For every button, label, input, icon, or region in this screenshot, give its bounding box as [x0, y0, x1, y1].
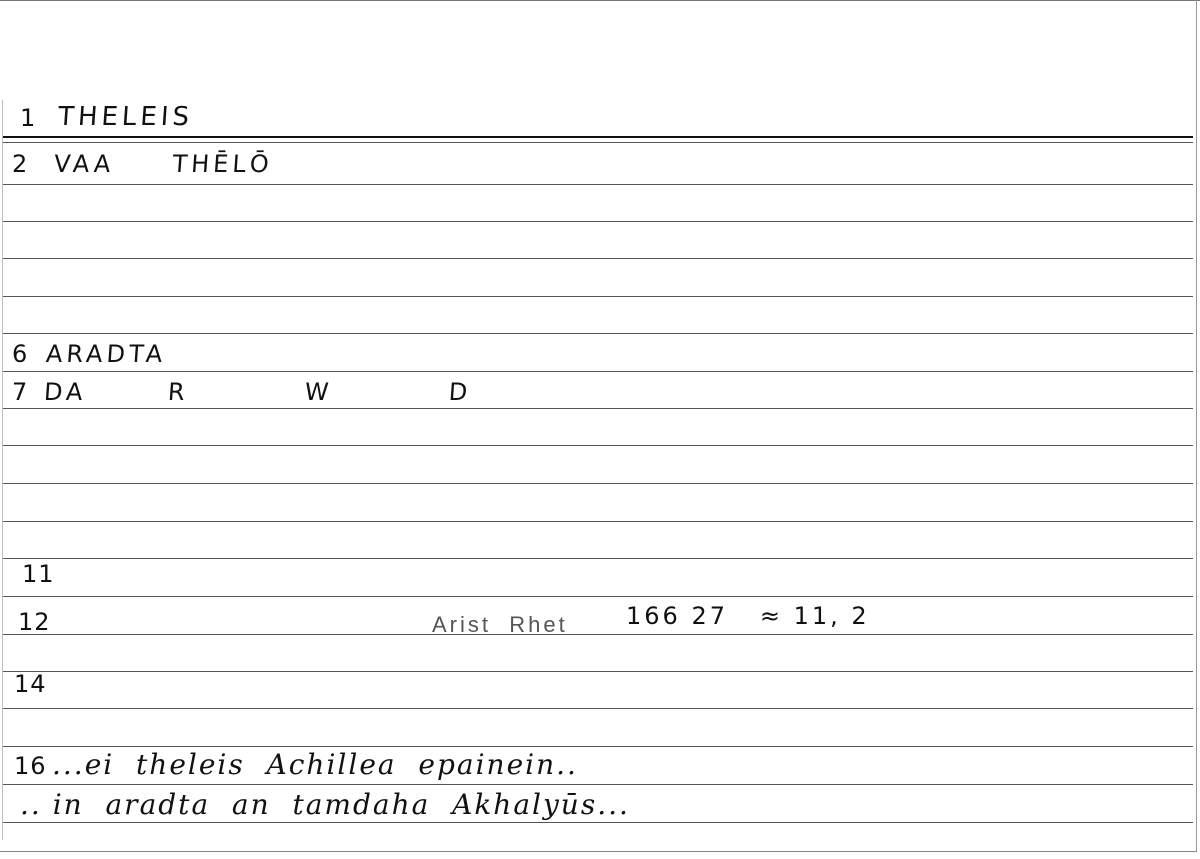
- ruled-line: [3, 558, 1193, 559]
- line-number-7: 7: [12, 378, 28, 406]
- card-right-edge: [1196, 0, 1197, 852]
- ruled-line: [3, 142, 1193, 143]
- ruled-line: [3, 371, 1193, 372]
- line-number-14: 14: [14, 670, 47, 698]
- line-number-2: 2: [12, 150, 28, 178]
- entry-headword: THELEIS: [57, 102, 194, 132]
- reference-typed-source: Arist Rhet: [432, 612, 568, 638]
- ruled-line: [3, 822, 1193, 823]
- quotation-line-2: .. in aradta an tamdaha Akhalyūs...: [20, 788, 630, 821]
- ruled-line-header: [3, 136, 1193, 138]
- card-left-edge: [2, 100, 3, 840]
- line-number-6: 6: [12, 340, 28, 368]
- quotation-line-1: ...ei theleis Achillea epainein..: [52, 748, 578, 781]
- card-top-edge: [0, 0, 1200, 1]
- ruled-line: [3, 333, 1193, 334]
- ruled-line: [3, 784, 1193, 785]
- ruled-line: [3, 445, 1193, 446]
- reference-handwritten-locus: 166 27 ≈ 11, 2: [626, 602, 870, 630]
- line-number-11: 11: [22, 560, 55, 588]
- entry-dardwd: DA R W D: [43, 378, 472, 406]
- ruled-line: [3, 184, 1193, 185]
- line-number-1: 1: [20, 104, 36, 132]
- ruled-line: [3, 708, 1193, 709]
- ruled-line: [3, 596, 1193, 597]
- line-number-12: 12: [18, 608, 51, 636]
- card-bottom-edge: [0, 851, 1197, 852]
- ruled-line: [3, 296, 1193, 297]
- entry-aradta: ARADTA: [45, 340, 167, 368]
- ruled-line: [3, 258, 1193, 259]
- ruled-line: [3, 521, 1193, 522]
- ruled-line: [3, 671, 1193, 672]
- ruled-line: [3, 634, 1193, 635]
- entry-forms: VAA THĒLŌ: [53, 150, 274, 178]
- ruled-line: [3, 746, 1193, 747]
- index-card: 1 THELEIS 2 VAA THĒLŌ 6 ARADTA 7 DA R W …: [0, 0, 1200, 859]
- ruled-line: [3, 483, 1193, 484]
- line-number-16: 16: [14, 752, 47, 780]
- ruled-line: [3, 221, 1193, 222]
- ruled-line: [3, 408, 1193, 409]
